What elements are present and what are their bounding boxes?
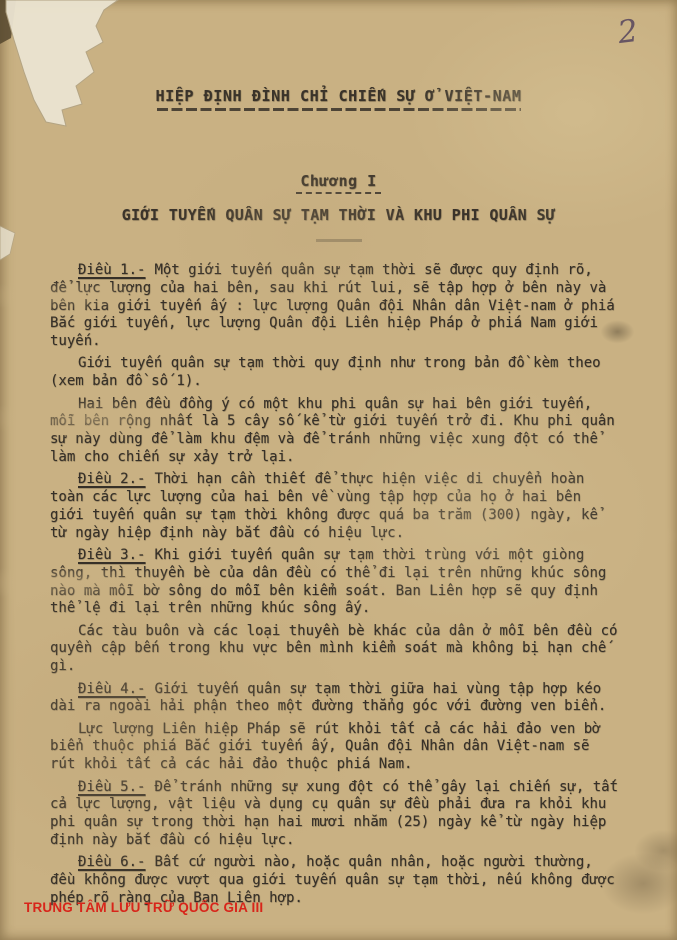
article-1-text-2: Giới tuyến quân sự tạm thời quy định như…: [50, 355, 601, 389]
article-3-paragraph: Điều 3.-Khi giới tuyến quân sự tạm thời …: [50, 547, 658, 618]
article-4-paragraph: Điều 4.-Giới tuyến quân sự tạm thời giữa…: [50, 681, 658, 717]
article-2-label: Điều 2.-: [78, 471, 145, 487]
article-5-label: Điều 5.-: [78, 779, 145, 795]
article-4-label: Điều 4.-: [78, 681, 145, 697]
article-4-paragraph-2: Lực lượng Liên hiệp Pháp sẽ rút khỏi tất…: [50, 721, 658, 774]
chapter-label: Chương I: [296, 172, 380, 194]
chapter-heading: GIỚI TUYẾN QUÂN SỰ TẠM THỜI VÀ KHU PHI Q…: [122, 206, 556, 224]
document-body: Điều 1.-Một giới tuyến quân sự tạm thời …: [50, 262, 658, 912]
article-2-paragraph: Điều 2.-Thời hạn cần thiết để thực hiện …: [50, 471, 658, 542]
handwritten-page-number: 2: [616, 13, 640, 51]
torn-corner-damage: [0, 0, 140, 280]
article-3-paragraph-2: Các tàu buôn và các loại thuyền bè khác …: [50, 623, 658, 676]
article-4-text-2: Lực lượng Liên hiệp Pháp sẽ rút khỏi tất…: [50, 721, 601, 773]
article-1-paragraph-2: Giới tuyến quân sự tạm thời quy định như…: [50, 355, 658, 391]
document-title: HIỆP ĐỊNH ĐÌNH CHỈ CHIẾN SỰ Ở VIỆT-NAM: [156, 87, 522, 105]
article-5-paragraph: Điều 5.-Để tránh những sự xung đột có th…: [50, 779, 658, 850]
article-3-text-2: Các tàu buôn và các loại thuyền bè khác …: [50, 623, 617, 675]
document-scan-page: 2 HIỆP ĐỊNH ĐÌNH CHỈ CHIẾN SỰ Ở VIỆT-NAM…: [0, 0, 677, 940]
title-underline: [157, 108, 521, 111]
article-1-paragraph: Điều 1.-Một giới tuyến quân sự tạm thời …: [50, 262, 658, 351]
article-6-label: Điều 6.-: [78, 854, 145, 870]
article-1-text-3: Hai bên đều đồng ý có một khu phi quân s…: [50, 396, 615, 465]
archive-stamp: TRUNG TÂM LƯU TRỮ QUỐC GIA III: [24, 900, 263, 915]
heading-tick-mark: [316, 239, 362, 242]
article-3-label: Điều 3.-: [78, 547, 145, 563]
article-1-paragraph-3: Hai bên đều đồng ý có một khu phi quân s…: [50, 396, 658, 467]
